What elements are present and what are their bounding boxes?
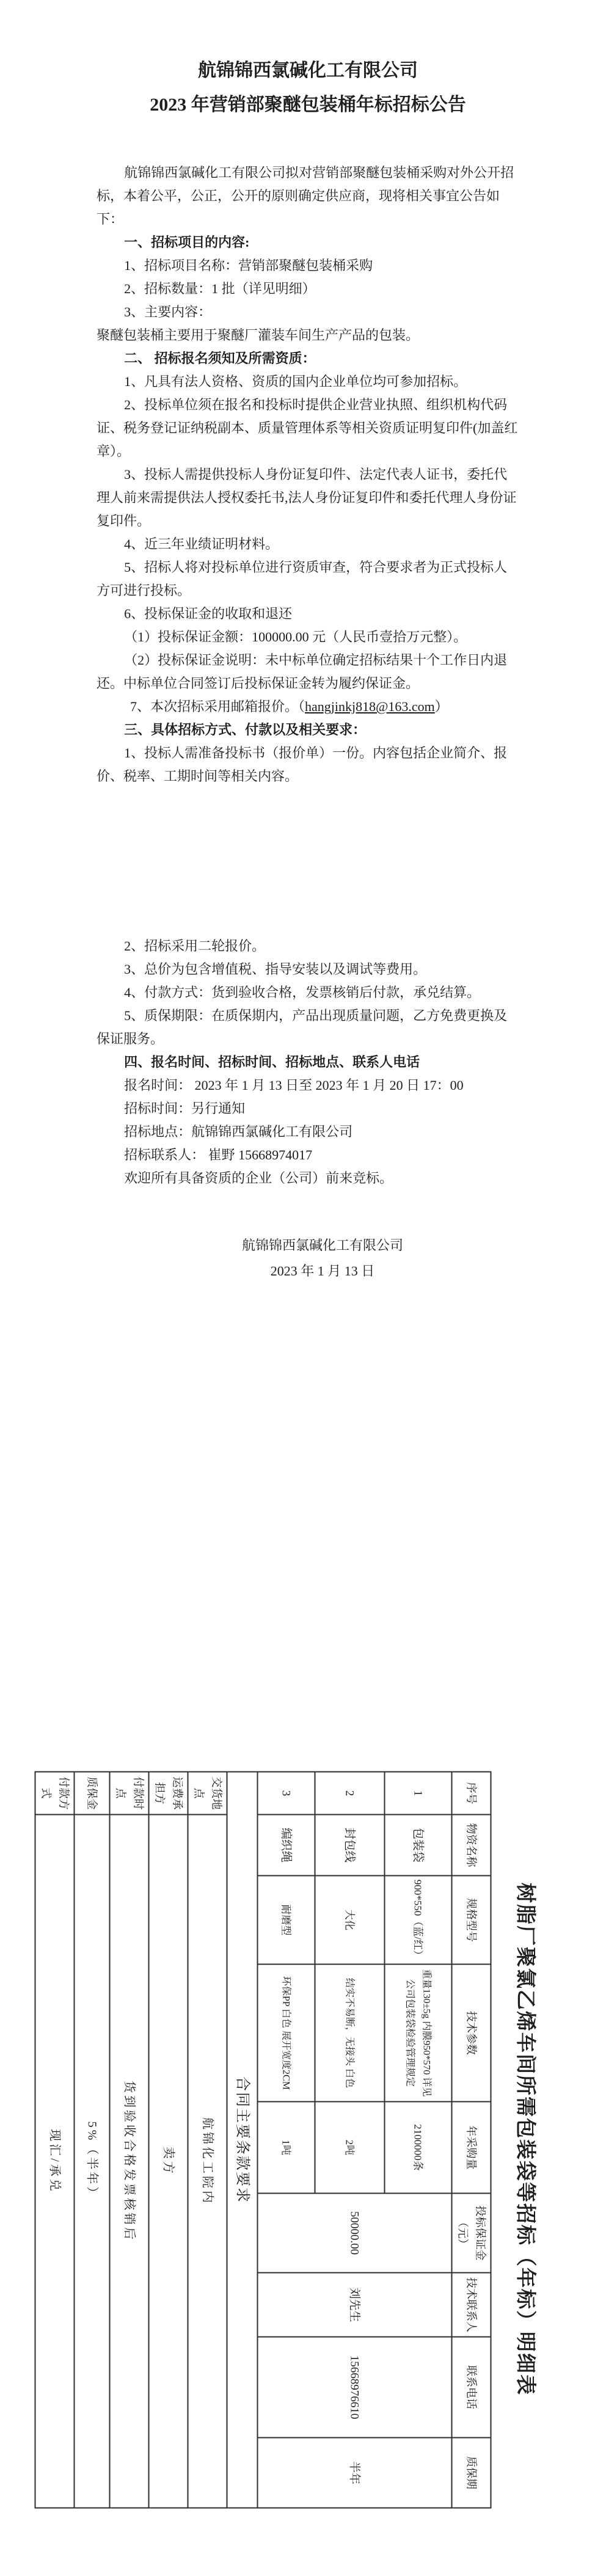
term-label: 运费承担方	[149, 1772, 188, 1815]
paragraph: 5、招标人将对投标单位进行资质审查，符合要求者为正式投标人方可进行投标。	[97, 556, 519, 602]
term-row: 付款时点 货到验收合格发票核销后	[110, 1772, 149, 2508]
paragraph: 1、招标项目名称：营销部聚醚包装桶采购	[97, 254, 519, 277]
cell-contact: 刘先生	[258, 2273, 452, 2337]
paragraph: 3、投标人需提供投标人身份证复印件、法定代表人证书，委托代理人前来需提供法人授权…	[97, 463, 519, 533]
blank-gap	[97, 788, 519, 935]
col-header-spec: 规格型号	[452, 1876, 491, 1965]
cell-tech: 环保PP 白色 展开宽度2CM	[258, 1965, 315, 2102]
paragraph: 2、招标采用二轮报价。	[97, 935, 519, 958]
paragraph: 聚醚包装桶主要用于聚醚厂灌装车间生产产品的包装。	[97, 324, 519, 347]
cell-deposit: 50000.00	[258, 2194, 452, 2273]
cell-index: 2	[315, 1772, 385, 1815]
col-header-contact: 技术联系人	[452, 2273, 491, 2337]
term-value: 卖方	[149, 1815, 188, 2508]
section-heading-2: 二、 招标报名须知及所需资质：	[97, 347, 519, 370]
term-label: 付款方式	[35, 1772, 75, 1815]
paragraph: 6、投标保证金的收取和退还	[97, 602, 519, 626]
paragraph: 4、近三年业绩证明材料。	[97, 533, 519, 556]
cell-qty: 2吨	[315, 2102, 385, 2194]
term-row: 运费承担方 卖方	[149, 1772, 188, 2508]
paragraph-email: 7、本次招标采用邮箱报价。（hangjinkj818@163.com）	[97, 695, 519, 718]
paragraph: （1）投标保证金额：100000.00 元（人民币壹拾万元整）。	[97, 626, 519, 649]
term-label: 付款时点	[110, 1772, 149, 1815]
term-value: 现汇/承兑	[35, 1815, 75, 2508]
doc-title-line2: 2023 年营销部聚醚包装桶年标招标公告	[97, 88, 519, 122]
section-heading-1: 一、招标项目的内容:	[97, 231, 519, 254]
paragraph: 1、投标人需准备投标书（报价单）一份。内容包括企业简介、报价、税率、工期时间等相…	[97, 742, 519, 788]
cell-warranty: 半年	[258, 2438, 452, 2508]
cell-tech: 重量130±5g 内膜950*570 详见公司包装袋检验管理规定	[385, 1965, 452, 2102]
term-label: 交货地点	[188, 1772, 227, 1815]
cell-spec: 大化	[315, 1876, 385, 1965]
cell-tech: 结实不易断，无接头 白色	[315, 1965, 385, 2102]
signature-block: 航锦锦西氯碱化工有限公司 2023 年 1 月 13 日	[242, 1233, 403, 1284]
cell-qty: 2100000条	[385, 2102, 452, 2194]
col-header-warranty: 质保期	[452, 2438, 491, 2508]
email-suffix: ）	[435, 699, 448, 714]
paragraph: 招标联系人： 崔野 15668974017	[97, 1144, 519, 1167]
table-title: 树脂厂聚氯乙烯车间所需包装袋等招标（年标）明细表	[492, 1771, 564, 2508]
term-row: 质保金 5%（半年）	[75, 1772, 110, 2508]
cell-index: 3	[258, 1772, 315, 1815]
cell-material: 封包线	[315, 1815, 385, 1876]
section-heading-3: 三、具体招标方式、付款以及相关要求：	[97, 718, 519, 742]
document-page: 航锦锦西氯碱化工有限公司 2023 年营销部聚醚包装桶年标招标公告 航锦锦西氯碱…	[0, 0, 606, 2576]
paragraph: 招标地点：航锦锦西氯碱化工有限公司	[97, 1120, 519, 1144]
term-row: 交货地点 航锦化工院内	[188, 1772, 227, 2508]
signature-date: 2023 年 1 月 13 日	[242, 1258, 403, 1284]
col-header-deposit: 投标保证金（元）	[452, 2194, 491, 2273]
cell-material: 编织绳	[258, 1815, 315, 1876]
cell-phone: 15668976610	[258, 2337, 452, 2438]
terms-title-row: 合同主要条款要求	[227, 1772, 258, 2508]
col-header-tech: 技术参数	[452, 1965, 491, 2102]
cell-spec: 900*550（蓝/红）	[385, 1876, 452, 1965]
paragraph: 招标时间：另行通知	[97, 1097, 519, 1120]
table-header-row: 序号 物资名称 规格型号 技术参数 年采购量 投标保证金（元） 技术联系人 联系…	[452, 1772, 491, 2508]
signature-company: 航锦锦西氯碱化工有限公司	[242, 1233, 403, 1258]
section-heading-4: 四、报名时间、招标时间、招标地点、联系人电话	[97, 1051, 519, 1074]
cell-spec: 耐磨型	[258, 1876, 315, 1965]
paragraph: 1、凡具有法人资格、资质的国内企业单位均可参加招标。	[97, 370, 519, 393]
term-value: 航锦化工院内	[188, 1815, 227, 2508]
rotated-table-container: 树脂厂聚氯乙烯车间所需包装袋等招标（年标）明细表 序号 物资名称 规格型号 技术…	[56, 1771, 564, 2508]
terms-title: 合同主要条款要求	[227, 1772, 258, 2508]
paragraph: （2）投标保证金说明：未中标单位确定招标结果十个工作日内退还。中标单位合同签订后…	[97, 649, 519, 695]
announcement-body: 航锦锦西氯碱化工有限公司 2023 年营销部聚醚包装桶年标招标公告 航锦锦西氯碱…	[0, 0, 606, 1284]
term-row: 付款方式 现汇/承兑	[35, 1772, 75, 2508]
cell-qty: 1吨	[258, 2102, 315, 2194]
email-link[interactable]: hangjinkj818@163.com	[305, 699, 435, 714]
term-value: 货到验收合格发票核销后	[110, 1815, 149, 2508]
cell-index: 1	[385, 1772, 452, 1815]
intro-paragraph: 航锦锦西氯碱化工有限公司拟对营销部聚醚包装桶采购对外公开招标，本着公平，公正，公…	[97, 161, 519, 231]
col-header-material: 物资名称	[452, 1815, 491, 1876]
paragraph: 3、总价为包含增值税、指导安装以及调试等费用。	[97, 958, 519, 981]
table-row: 1 包装袋 900*550（蓝/红） 重量130±5g 内膜950*570 详见…	[385, 1772, 452, 2508]
col-header-index: 序号	[452, 1772, 491, 1815]
col-header-phone: 联系电话	[452, 2337, 491, 2438]
doc-title: 航锦锦西氯碱化工有限公司 2023 年营销部聚醚包装桶年标招标公告	[97, 54, 519, 122]
email-prefix: 7、本次招标采用邮箱报价。（	[130, 699, 305, 714]
paragraph: 3、主要内容：	[97, 301, 519, 324]
paragraph: 2、招标数量：1 批（详见明细）	[97, 277, 519, 301]
paragraph: 4、付款方式：货到验收合格，发票核销后付款，承兑结算。	[97, 981, 519, 1004]
paragraph: 报名时间： 2023 年 1 月 13 日至 2023 年 1 月 20 日 1…	[97, 1074, 519, 1097]
paragraph: 5、质保期限：在质保期内，产品出现质量问题，乙方免费更换及保证服务。	[97, 1004, 519, 1051]
paragraph: 欢迎所有具备资质的企业（公司）前来竞标。	[97, 1167, 519, 1190]
detail-table: 序号 物资名称 规格型号 技术参数 年采购量 投标保证金（元） 技术联系人 联系…	[35, 1771, 492, 2509]
cell-material: 包装袋	[385, 1815, 452, 1876]
term-label: 质保金	[75, 1772, 110, 1815]
doc-title-line1: 航锦锦西氯碱化工有限公司	[97, 54, 519, 88]
term-value: 5%（半年）	[75, 1815, 110, 2508]
col-header-qty: 年采购量	[452, 2102, 491, 2194]
paragraph: 2、投标单位须在报名和投标时提供企业营业执照、组织机构代码证、税务登记证纳税副本…	[97, 393, 519, 463]
